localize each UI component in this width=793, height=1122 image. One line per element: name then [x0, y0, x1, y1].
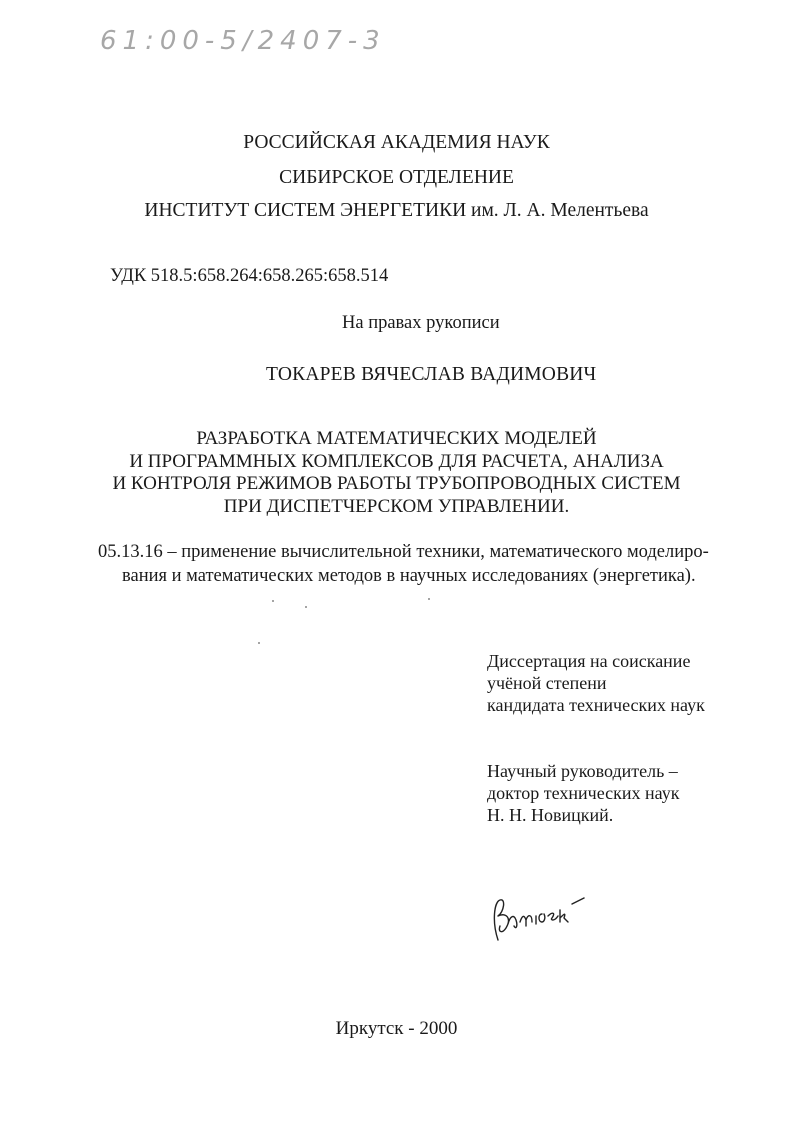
degree-line: Диссертация на соискание: [487, 650, 705, 672]
scan-speck: [305, 606, 307, 608]
scan-speck: [428, 598, 430, 600]
supervisor-line: доктор технических наук: [487, 782, 680, 804]
scan-speck: [258, 642, 260, 644]
degree-line: учёной степени: [487, 672, 705, 694]
scan-specks: [0, 0, 793, 1122]
scan-speck: [272, 600, 274, 602]
degree-line: кандидата технических наук: [487, 694, 705, 716]
supervisor-line: Н. Н. Новицкий.: [487, 804, 680, 826]
city-year: Иркутск - 2000: [0, 1018, 793, 1040]
document-page: 61:00-5/2407-3 РОССИЙСКАЯ АКАДЕМИЯ НАУК …: [0, 0, 793, 1122]
dissertation-degree: Диссертация на соискание учёной степени …: [487, 650, 705, 716]
scientific-supervisor: Научный руководитель – доктор технически…: [487, 760, 680, 826]
signature-icon: [480, 872, 590, 952]
handwritten-signature: [480, 872, 590, 952]
supervisor-line: Научный руководитель –: [487, 760, 680, 782]
